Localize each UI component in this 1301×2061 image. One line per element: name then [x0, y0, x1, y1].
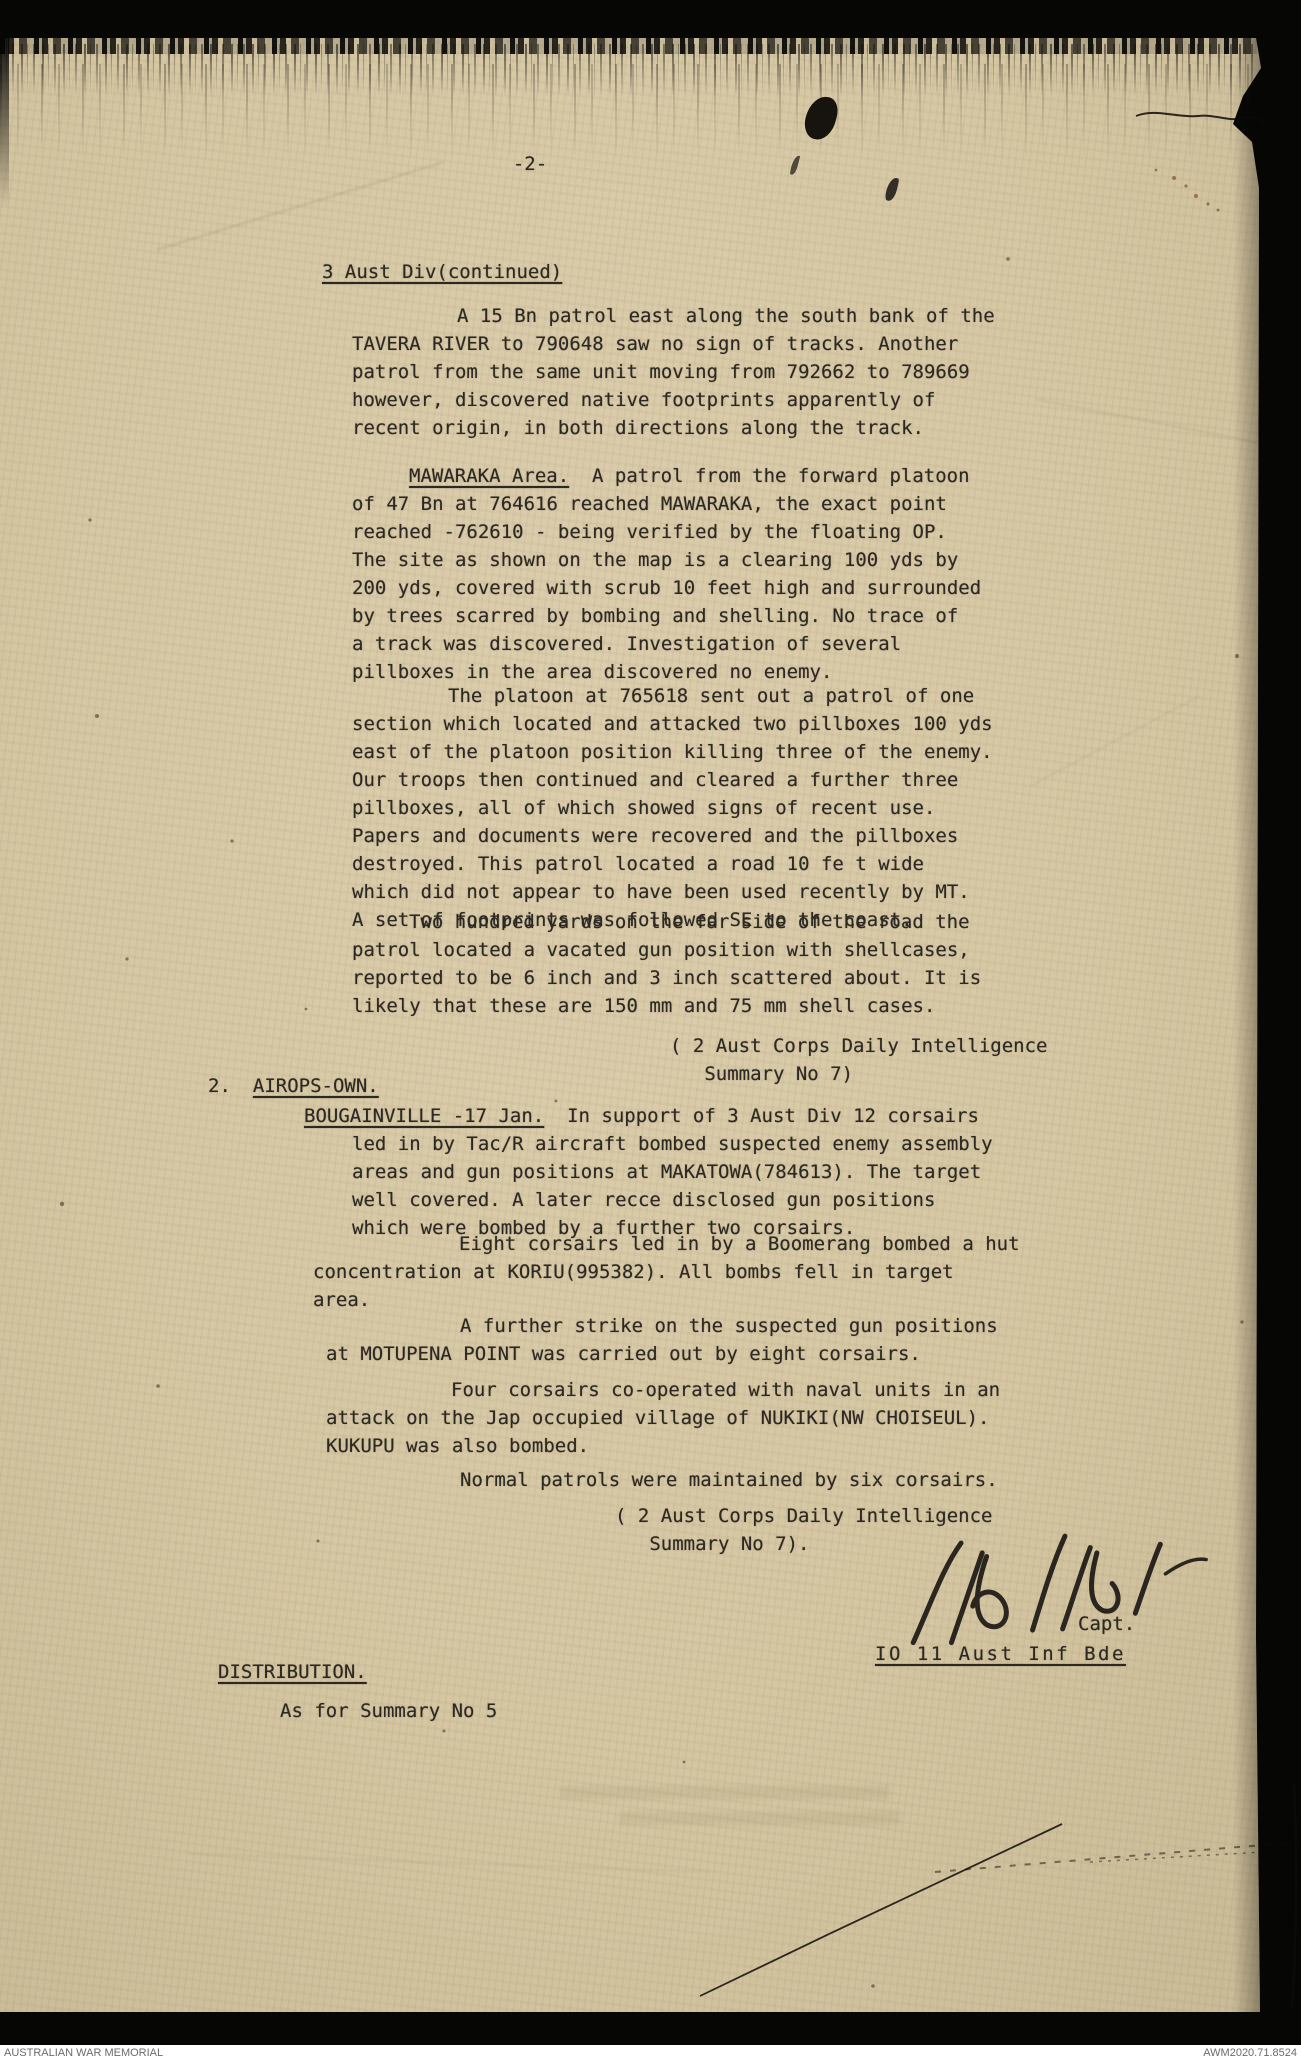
signature-rank: Capt.: [1078, 1610, 1135, 1638]
bleed-through-text: [560, 1786, 890, 1799]
left-edge-shadow: [0, 38, 9, 208]
platoon-765618-paragraph: The platoon at 765618 sent out a patrol …: [352, 682, 1062, 934]
section-2-number: 2.: [208, 1075, 231, 1097]
section-2-airops-heading: 2.AIROPS-OWN.: [208, 1072, 379, 1100]
signature-unit: IO 11 Aust Inf Bde: [875, 1640, 1126, 1668]
archive-name-label: AUSTRALIAN WAR MEMORIAL: [4, 2045, 163, 2061]
section-3-aust-div-heading: 3 Aust Div(continued): [322, 258, 562, 286]
mawaraka-paragraph: MAWARAKA Area. A patrol from the forward…: [352, 462, 1052, 686]
bleed-through-text: [620, 1812, 900, 1825]
bougainville-date-lead: BOUGAINVILLE -17 Jan.: [304, 1105, 544, 1127]
eight-corsairs-paragraph: Eight corsairs led in by a Boomerang bom…: [313, 1230, 1033, 1314]
scanned-document-page: { "colors": { "paper": "#d6c7a3", "ink":…: [0, 0, 1301, 2061]
bougainville-paragraph: BOUGAINVILLE -17 Jan. In support of 3 Au…: [304, 1102, 1112, 1242]
distribution-heading: DISTRIBUTION.: [218, 1658, 367, 1686]
intelligence-summary-attribution-1: ( 2 Aust Corps Daily Intelligence Summar…: [670, 1032, 1048, 1088]
tavera-river-paragraph: A 15 Bn patrol east along the south bank…: [352, 302, 1052, 442]
page-number: -2-: [440, 150, 620, 178]
archive-accession-number: AWM2020.71.8524: [1203, 2045, 1297, 2061]
further-strike-paragraph: A further strike on the suspected gun po…: [326, 1312, 1046, 1368]
airops-own-label: AIROPS-OWN.: [253, 1075, 379, 1097]
archive-footer-bar: AUSTRALIAN WAR MEMORIAL AWM2020.71.8524: [0, 2045, 1301, 2061]
mawaraka-area-lead: MAWARAKA Area.: [409, 465, 569, 487]
four-corsairs-paragraph: Four corsairs co-operated with naval uni…: [326, 1376, 1066, 1460]
two-hundred-yards-paragraph: Two hundred yards on the far side of the…: [352, 908, 1062, 1020]
torn-right-edge-shadow: [1233, 38, 1263, 2012]
mawaraka-paragraph-body: A patrol from the forward platoon of 47 …: [352, 465, 981, 683]
distribution-body: As for Summary No 5: [280, 1697, 497, 1725]
normal-patrols-paragraph: Normal patrols were maintained by six co…: [460, 1466, 998, 1494]
